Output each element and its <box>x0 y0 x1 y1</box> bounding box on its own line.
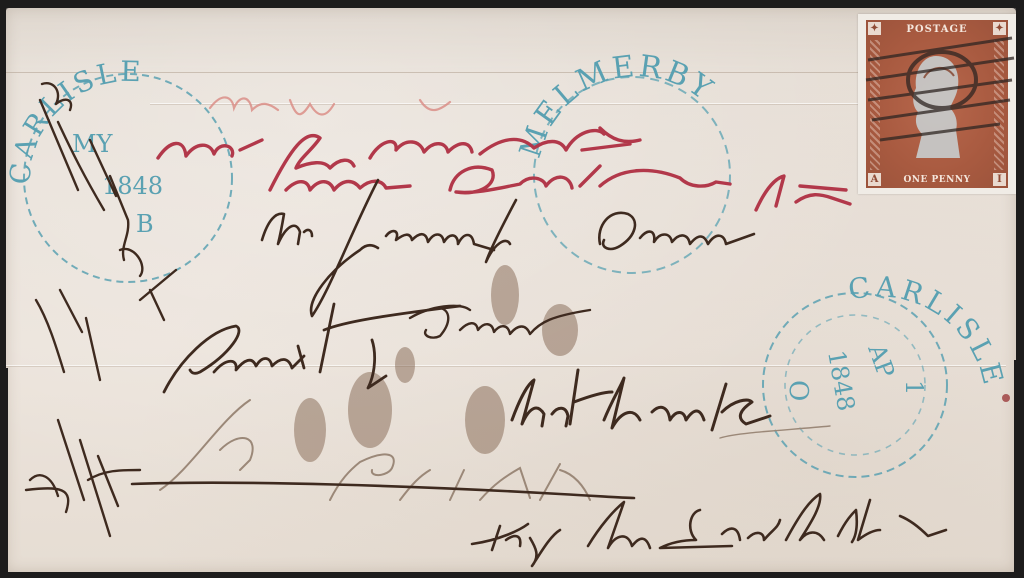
stamp-border-pattern <box>870 40 880 170</box>
stamp-border-pattern <box>994 40 1004 170</box>
penny-red-stamp: ✦ ✦ POSTAGE A I ONE PENNY <box>858 14 1016 194</box>
background-edge <box>1014 360 1024 578</box>
queen-victoria-head-icon <box>906 50 968 160</box>
fold-crease <box>6 365 1006 366</box>
background-edge <box>0 368 8 578</box>
stamp-design: ✦ ✦ POSTAGE A I ONE PENNY <box>866 20 1008 188</box>
fold-crease <box>150 103 870 104</box>
stamp-value-label: ONE PENNY <box>866 175 1008 185</box>
stamp-top-label: POSTAGE <box>866 24 1008 35</box>
